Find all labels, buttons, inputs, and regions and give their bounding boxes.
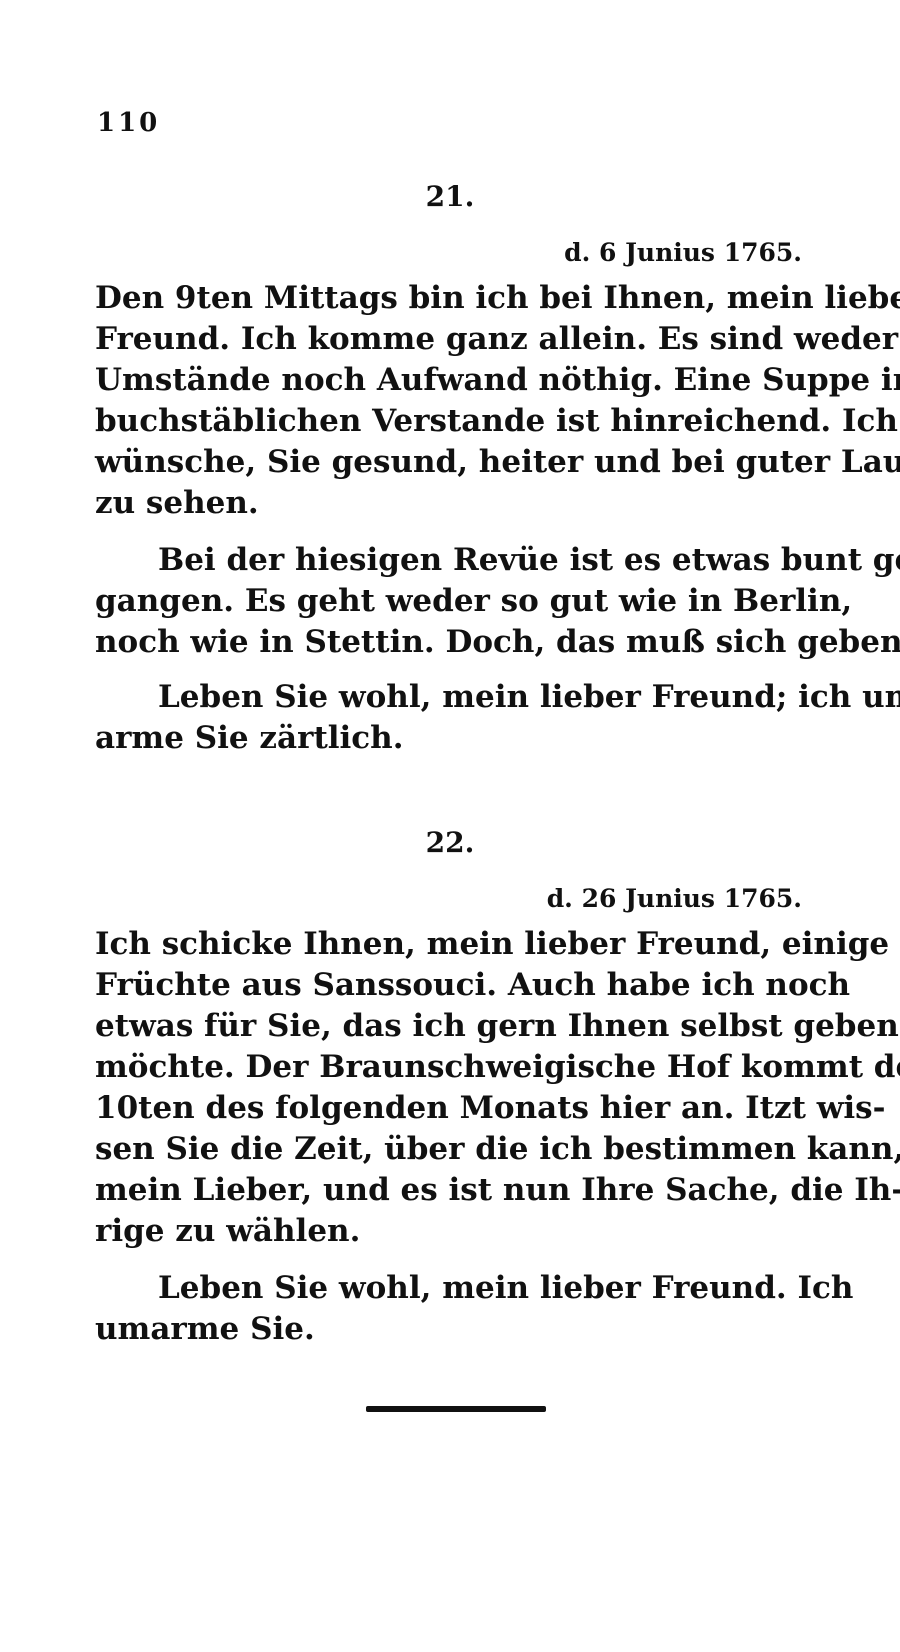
text-line: Ich schicke Ihnen, mein lieber Freund, e… <box>95 924 802 965</box>
text-line: möchte. Der Braunschweigische Hof kommt … <box>95 1047 802 1088</box>
letter-number: 22. <box>0 826 900 859</box>
text-line: sen Sie die Zeit, über die ich bestimmen… <box>95 1129 802 1170</box>
text-line: 10ten des folgenden Monats hier an. Itzt… <box>95 1088 802 1129</box>
text-line: buchstäblichen Verstande ist hinreichend… <box>95 401 802 442</box>
text-line: Leben Sie wohl, mein lieber Freund. Ich <box>158 1268 802 1309</box>
text-line: noch wie in Stettin. Doch, das muß sich … <box>95 622 802 663</box>
section-end-rule <box>366 1406 546 1412</box>
text-line: Bei der hiesigen Revüe ist es etwas bunt… <box>158 540 802 581</box>
text-line: umarme Sie. <box>95 1309 802 1350</box>
text-line: arme Sie zärtlich. <box>95 718 802 759</box>
text-line: Freund. Ich komme ganz allein. Es sind w… <box>95 319 802 360</box>
letter-number: 21. <box>0 180 900 213</box>
text-line: Früchte aus Sanssouci. Auch habe ich noc… <box>95 965 802 1006</box>
text-line: etwas für Sie, das ich gern Ihnen selbst… <box>95 1006 802 1047</box>
text-line: zu sehen. <box>95 483 802 524</box>
text-line: rige zu wählen. <box>95 1211 802 1252</box>
text-line: wünsche, Sie gesund, heiter und bei gute… <box>95 442 802 483</box>
letter-date: d. 26 Junius 1765. <box>547 884 802 913</box>
page-number: 110 <box>97 108 160 138</box>
text-line: Leben Sie wohl, mein lieber Freund; ich … <box>158 677 802 718</box>
text-line: gangen. Es geht weder so gut wie in Berl… <box>95 581 802 622</box>
letter-date: d. 6 Junius 1765. <box>564 238 802 267</box>
text-line: Umstände noch Aufwand nöthig. Eine Suppe… <box>95 360 802 401</box>
text-line: Den 9ten Mittags bin ich bei Ihnen, mein… <box>95 278 802 319</box>
text-line: mein Lieber, und es ist nun Ihre Sache, … <box>95 1170 802 1211</box>
